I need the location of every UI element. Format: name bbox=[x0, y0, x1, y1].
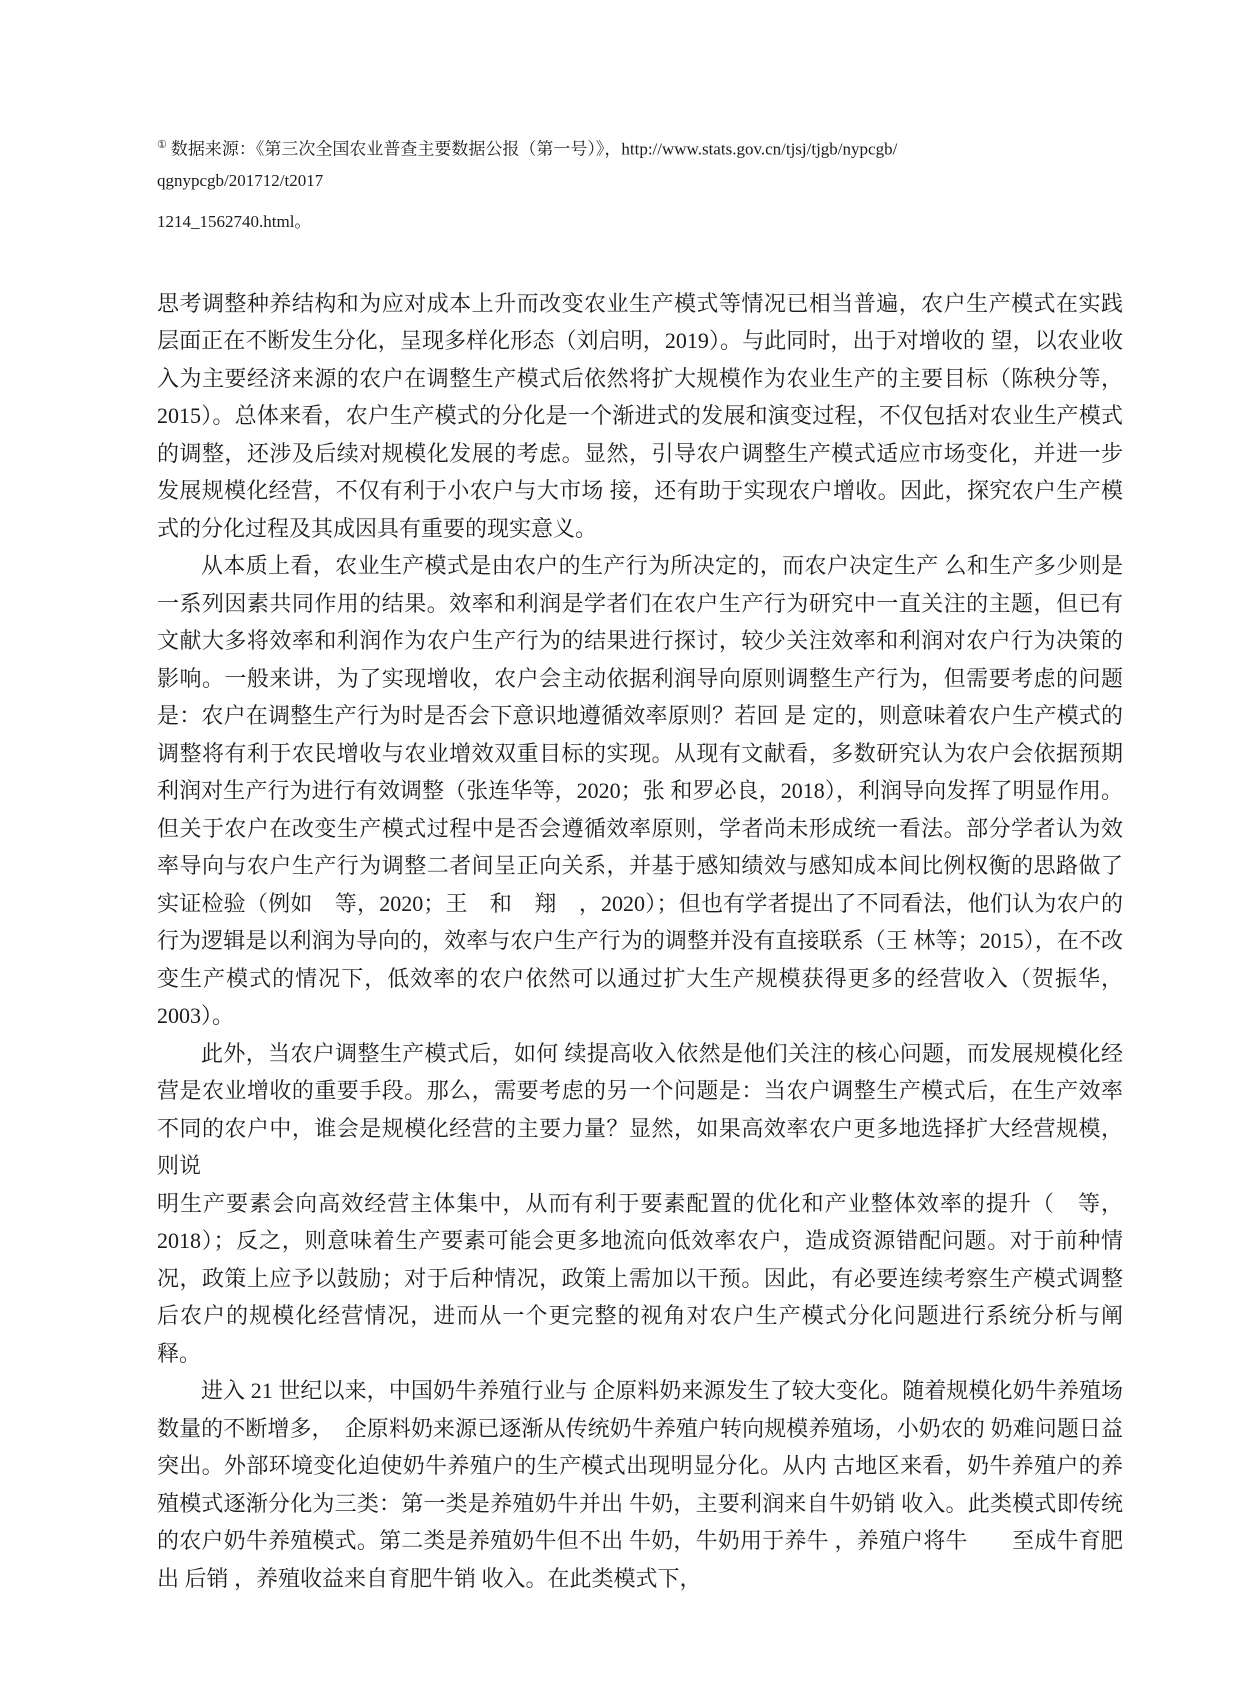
paragraph-3: 此外，当农户调整生产模式后，如何 续提高收入依然是他们关注的核心问题，而发展规模… bbox=[157, 1035, 1123, 1185]
footnote-line-1: ①数据来源：《第三次全国农业普查主要数据公报（第一号）》，http://www.… bbox=[157, 130, 1123, 165]
footnote-source-text: 数据来源：《第三次全国农业普查主要数据公报（第一号）》，http://www.s… bbox=[171, 140, 897, 159]
footnote: ①数据来源：《第三次全国农业普查主要数据公报（第一号）》，http://www.… bbox=[157, 130, 1123, 237]
paragraph-3-continuation: 明生产要素会向高效经营主体集中，从而有利于要素配置的优化和产业整体效率的提升（ … bbox=[157, 1185, 1123, 1373]
footnote-marker: ① bbox=[157, 139, 167, 151]
paragraph-4: 进入 21 世纪以来，中国奶牛养殖行业与 企原料奶来源发生了较大变化。随着规模化… bbox=[157, 1372, 1123, 1597]
footnote-line-2: qgnypcgb/201712/t2017 bbox=[157, 165, 1123, 196]
footnote-line-3: 1214_1562740.html。 bbox=[157, 206, 1123, 237]
article-body: 思考调整种养结构和为应对成本上升而改变农业生产模式等情况已相当普遍，农户生产模式… bbox=[157, 285, 1123, 1598]
paragraph-continuation-1: 思考调整种养结构和为应对成本上升而改变农业生产模式等情况已相当普遍，农户生产模式… bbox=[157, 285, 1123, 548]
paragraph-2: 从本质上看，农业生产模式是由农户的生产行为所决定的，而农户决定生产 么和生产多少… bbox=[157, 547, 1123, 1035]
document-page: ①数据来源：《第三次全国农业普查主要数据公报（第一号）》，http://www.… bbox=[0, 0, 1240, 1683]
page-content: ①数据来源：《第三次全国农业普查主要数据公报（第一号）》，http://www.… bbox=[157, 130, 1123, 1597]
